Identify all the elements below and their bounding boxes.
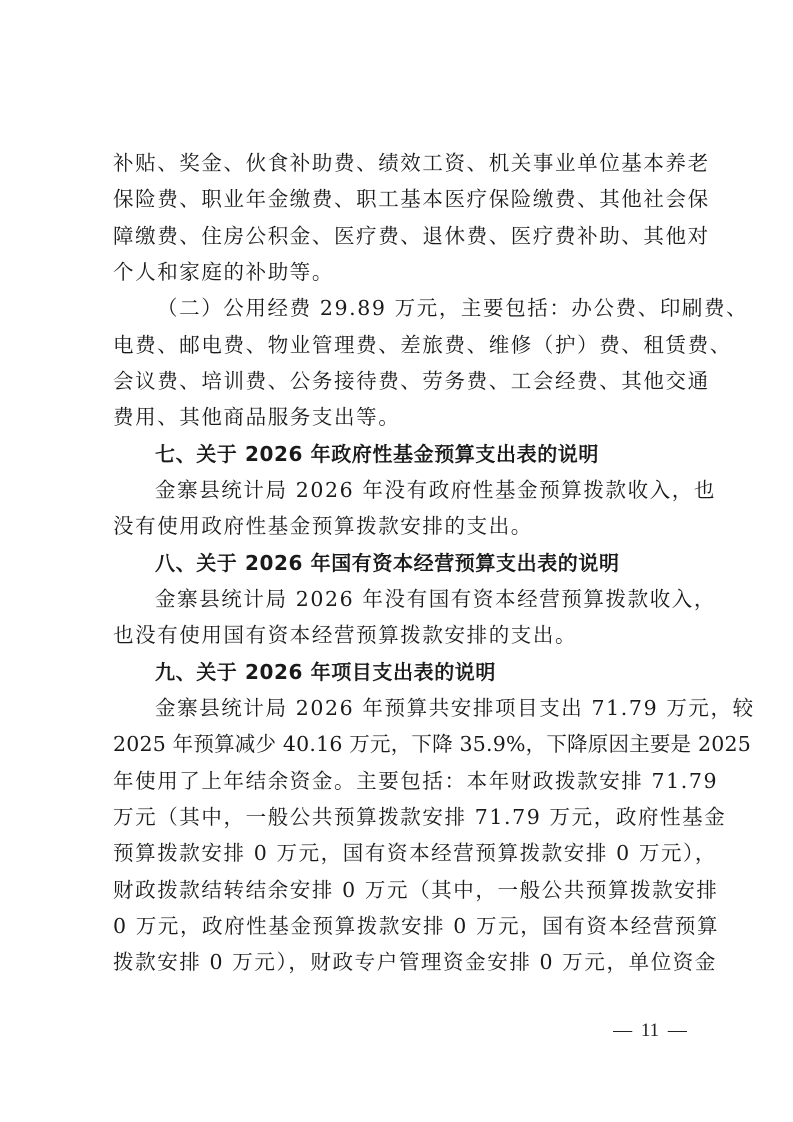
paragraph-line: 电费、邮电费、物业管理费、差旅费、维修（护）费、租赁费、 [113,327,680,363]
paragraph-line: 金寨县统计局 2026 年没有国有资本经营预算拨款收入， [155,581,680,617]
paragraph-line: 会议费、培训费、公务接待费、劳务费、工会经费、其他交通 [113,363,680,399]
public-funds-paragraph-start: （二）公用经费 29.89 万元，主要包括：办公费、印刷费、 [157,290,680,326]
paragraph-line: 费用、其他商品服务支出等。 [113,399,680,435]
paragraph-line: 没有使用政府性基金预算拨款安排的支出。 [113,508,680,544]
section-heading-7: 七、关于 2026 年政府性基金预算支出表的说明 [155,436,680,472]
paragraph-line: 2025 年预算减少 40.16 万元，下降 35.9%，下降原因主要是 202… [113,726,680,762]
paragraph-line: 金寨县统计局 2026 年没有政府性基金预算拨款收入，也 [155,472,680,508]
page-number: — 11 — [600,1016,700,1046]
section-heading-9: 九、关于 2026 年项目支出表的说明 [155,654,680,690]
paragraph-line: 障缴费、住房公积金、医疗费、退休费、医疗费补助、其他对 [113,218,680,254]
paragraph-line: 也没有使用国有资本经营预算拨款安排的支出。 [113,617,680,653]
paragraph-line: 个人和家庭的补助等。 [113,254,680,290]
paragraph-line: 金寨县统计局 2026 年预算共安排项目支出 71.79 万元，较 [155,690,680,726]
paragraph-line: 拨款安排 0 万元），财政专户管理资金安排 0 万元，单位资金 [113,944,680,980]
paragraph-line: 财政拨款结转结余安排 0 万元（其中，一般公共预算拨款安排 [113,872,680,908]
paragraph-line: 年使用了上年结余资金。主要包括：本年财政拨款安排 71.79 [113,763,680,799]
paragraph-line: 预算拨款安排 0 万元，国有资本经营预算拨款安排 0 万元）， [113,835,680,871]
section-heading-8: 八、关于 2026 年国有资本经营预算支出表的说明 [155,545,680,581]
document-page: 补贴、奖金、伙食补助费、绩效工资、机关事业单位基本养老 保险费、职业年金缴费、职… [0,0,793,1122]
paragraph-line: 补贴、奖金、伙食补助费、绩效工资、机关事业单位基本养老 [113,145,680,181]
paragraph-line: 0 万元，政府性基金预算拨款安排 0 万元，国有资本经营预算 [113,908,680,944]
paragraph-line: 保险费、职业年金缴费、职工基本医疗保险缴费、其他社会保 [113,181,680,217]
paragraph-line: 万元（其中，一般公共预算拨款安排 71.79 万元，政府性基金 [113,799,680,835]
